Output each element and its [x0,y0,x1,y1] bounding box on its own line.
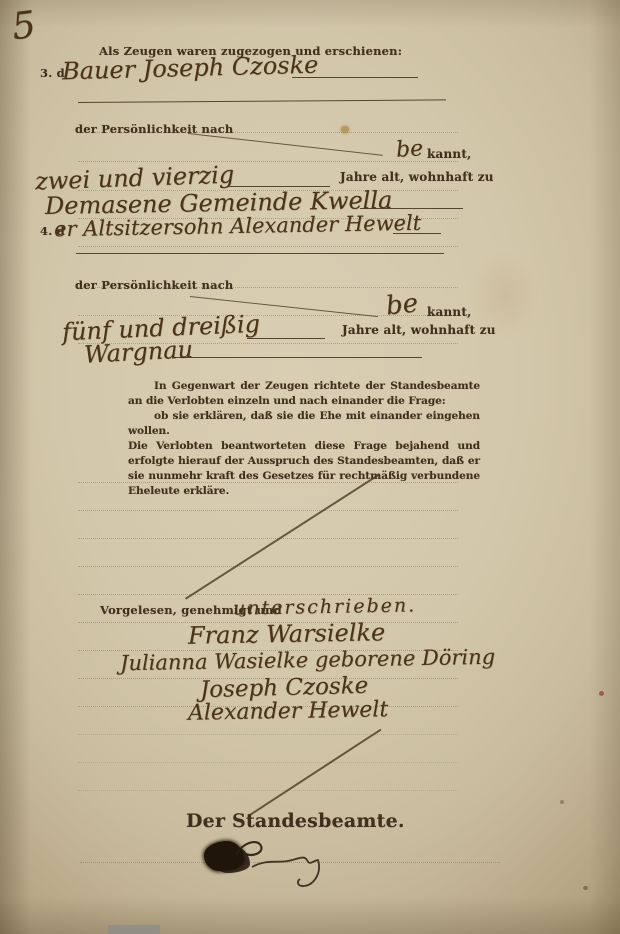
fill-line [292,77,418,78]
fill-line [247,338,325,339]
witness4-known-entry: be [385,288,420,321]
paper-stain [583,886,588,890]
registry-page: 5 Als Zeugen waren zugezogen und erschie… [0,0,620,934]
ruled-line [78,790,458,791]
ruled-line [78,246,458,247]
ruled-line [78,510,458,511]
signature-bride: Julianna Wasielke geborene Döring [120,645,496,676]
witness4-residence-entry: Wargnau [83,335,193,369]
scan-artifact [108,925,160,934]
fill-line [78,99,446,103]
paper-stain [560,800,564,804]
signature-groom: Franz Warsielke [188,618,386,649]
fill-line [76,253,444,254]
identity-label-2: der Persönlichkeit nach [75,278,234,292]
declaration-p3: Die Verlobten beantworteten diese Frage … [128,439,480,499]
fill-line [360,208,463,209]
known-suffix-1: kannt, [427,147,471,161]
known-suffix-2: kannt, [427,305,471,319]
paper-stain [599,691,604,696]
age-residence-label-1: Jahre alt, wohnhaft zu [340,170,494,184]
ruled-line [78,538,458,539]
ruled-line [78,762,458,763]
identity-label-1: der Persönlichkeit nach [75,122,234,136]
signature-witness4: Alexander Hewelt [188,697,389,725]
witness3-known-entry: be [395,136,424,163]
registrar-label: Der Standesbeamte. [186,810,405,832]
declaration-text: In Gegenwart der Zeugen richtete der Sta… [128,379,480,499]
declaration-p1: In Gegenwart der Zeugen richtete der Sta… [128,379,480,409]
ruled-line [78,566,458,567]
declaration-p2: ob sie erklären, daß sie die Ehe mit ein… [128,409,480,439]
age-residence-label-2: Jahre alt, wohnhaft zu [342,323,496,337]
witness4-name-entry: er Altsitzersohn Alexander Hewelt [54,211,422,241]
fill-line [393,233,441,234]
witness3-name-entry: Bauer Joseph Czoske [62,51,319,86]
page-number: 5 [9,3,38,49]
paper-stain [341,126,349,133]
fill-line [174,357,422,358]
ruled-line [78,734,458,735]
fill-stroke [188,133,383,156]
closing-word-entry: unterschrieben. [233,594,417,619]
paper-stain [470,250,540,340]
registrar-signature [226,833,336,891]
cancellation-stroke [248,729,381,817]
